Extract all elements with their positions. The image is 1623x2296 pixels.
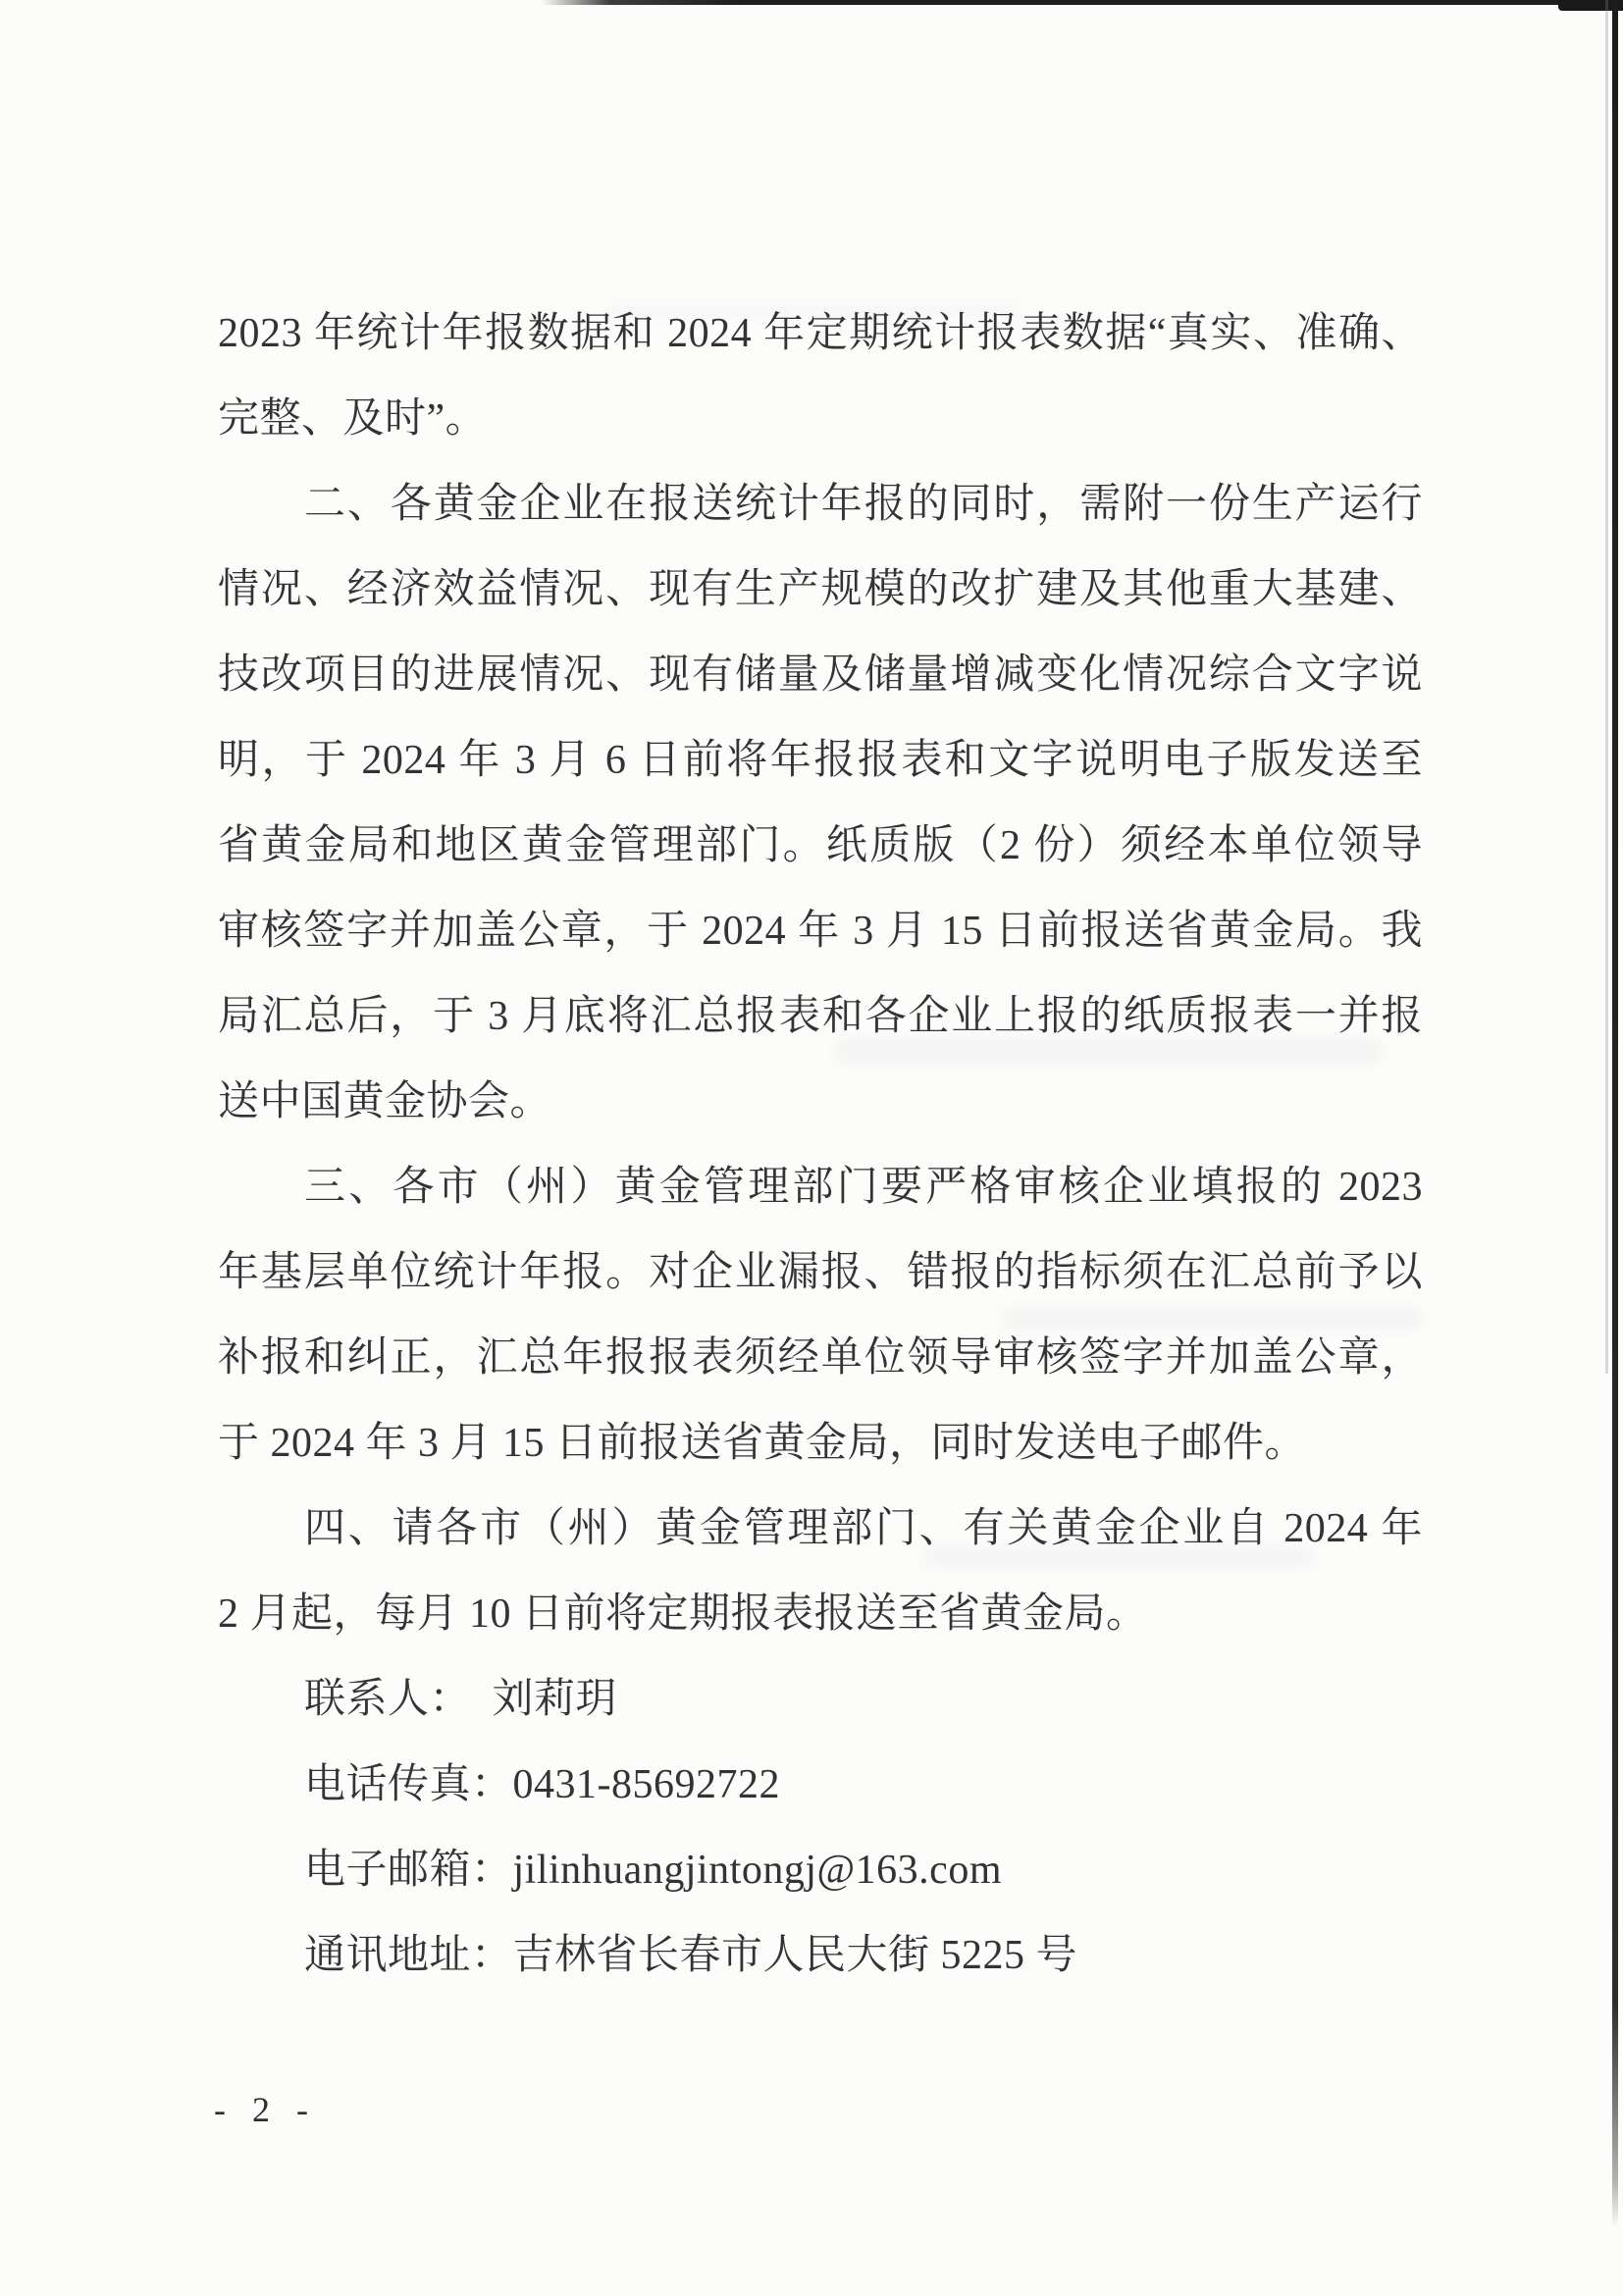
text-line: 通讯地址：吉林省长春市人民大街 5225 号 bbox=[218, 1913, 1423, 1999]
text-line: 2 月起，每月 10 日前将定期报表报送至省黄金局。 bbox=[218, 1572, 1423, 1657]
text-line: 四、请各市（州）黄金管理部门、有关黄金企业自 2024 年 bbox=[218, 1487, 1423, 1572]
document-page: 2023 年统计年报数据和 2024 年定期统计报表数据“真实、准确、完整、及时… bbox=[0, 0, 1623, 2296]
page-number: - 2 - bbox=[214, 2088, 317, 2131]
scan-artifact-right-edge bbox=[1612, 0, 1618, 2227]
text-line: 局汇总后，于 3 月底将汇总报表和各企业上报的纸质报表一并报 bbox=[218, 974, 1423, 1060]
text-line: 二、各黄金企业在报送统计年报的同时，需附一份生产运行 bbox=[218, 462, 1423, 548]
text-line: 三、各市（州）黄金管理部门要严格审核企业填报的 2023 bbox=[218, 1145, 1423, 1230]
text-line: 电话传真：0431-85692722 bbox=[218, 1743, 1423, 1828]
text-line: 电子邮箱：jilinhuangjintongj@163.com bbox=[218, 1828, 1423, 1913]
document-body: 2023 年统计年报数据和 2024 年定期统计报表数据“真实、准确、完整、及时… bbox=[218, 291, 1423, 1999]
text-line: 2023 年统计年报数据和 2024 年定期统计报表数据“真实、准确、 bbox=[218, 291, 1423, 377]
scan-artifact-top-edge bbox=[542, 0, 1623, 5]
text-line: 完整、及时”。 bbox=[218, 377, 1423, 462]
scan-artifact-right-edge-soft bbox=[1605, 0, 1608, 1374]
text-line: 审核签字并加盖公章，于 2024 年 3 月 15 日前报送省黄金局。我 bbox=[218, 889, 1423, 974]
text-line: 明，于 2024 年 3 月 6 日前将年报报表和文字说明电子版发送至 bbox=[218, 718, 1423, 804]
text-line: 年基层单位统计年报。对企业漏报、错报的指标须在汇总前予以 bbox=[218, 1230, 1423, 1316]
text-line: 技改项目的进展情况、现有储量及储量增减变化情况综合文字说 bbox=[218, 633, 1423, 718]
text-line: 省黄金局和地区黄金管理部门。纸质版（2 份）须经本单位领导 bbox=[218, 804, 1423, 889]
text-line: 送中国黄金协会。 bbox=[218, 1060, 1423, 1145]
text-line: 联系人： 刘莉玥 bbox=[218, 1657, 1423, 1743]
text-line: 于 2024 年 3 月 15 日前报送省黄金局，同时发送电子邮件。 bbox=[218, 1401, 1423, 1487]
text-line: 情况、经济效益情况、现有生产规模的改扩建及其他重大基建、 bbox=[218, 548, 1423, 633]
text-line: 补报和纠正，汇总年报报表须经单位领导审核签字并加盖公章， bbox=[218, 1316, 1423, 1401]
